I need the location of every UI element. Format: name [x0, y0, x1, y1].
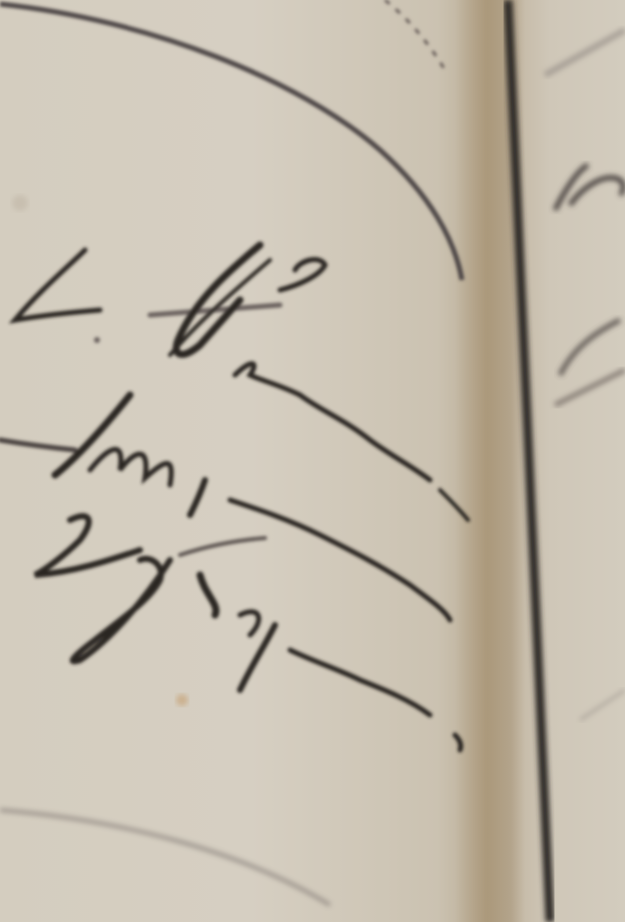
handwriting-line-2 [0, 395, 450, 620]
right-rule-low [580, 690, 625, 720]
margin-fragment-ink [555, 165, 623, 210]
frame-arc-upper [385, 0, 445, 70]
right-rule-mid [555, 370, 625, 405]
handwriting-line-1 [15, 245, 468, 520]
frame-arc-line [0, 4, 462, 280]
bottom-rule-line [0, 810, 330, 905]
paper-stain [12, 195, 28, 211]
column-border-line [508, 0, 550, 922]
document-page: г. Бендеръ …авлинской Губерніи 10 [0, 0, 625, 922]
margin-fragment-ink-2 [560, 320, 620, 375]
handwriting-layer [0, 0, 625, 922]
right-rule-top [545, 30, 625, 75]
paper-stain [176, 694, 188, 706]
handwriting-line-3 [35, 516, 461, 750]
